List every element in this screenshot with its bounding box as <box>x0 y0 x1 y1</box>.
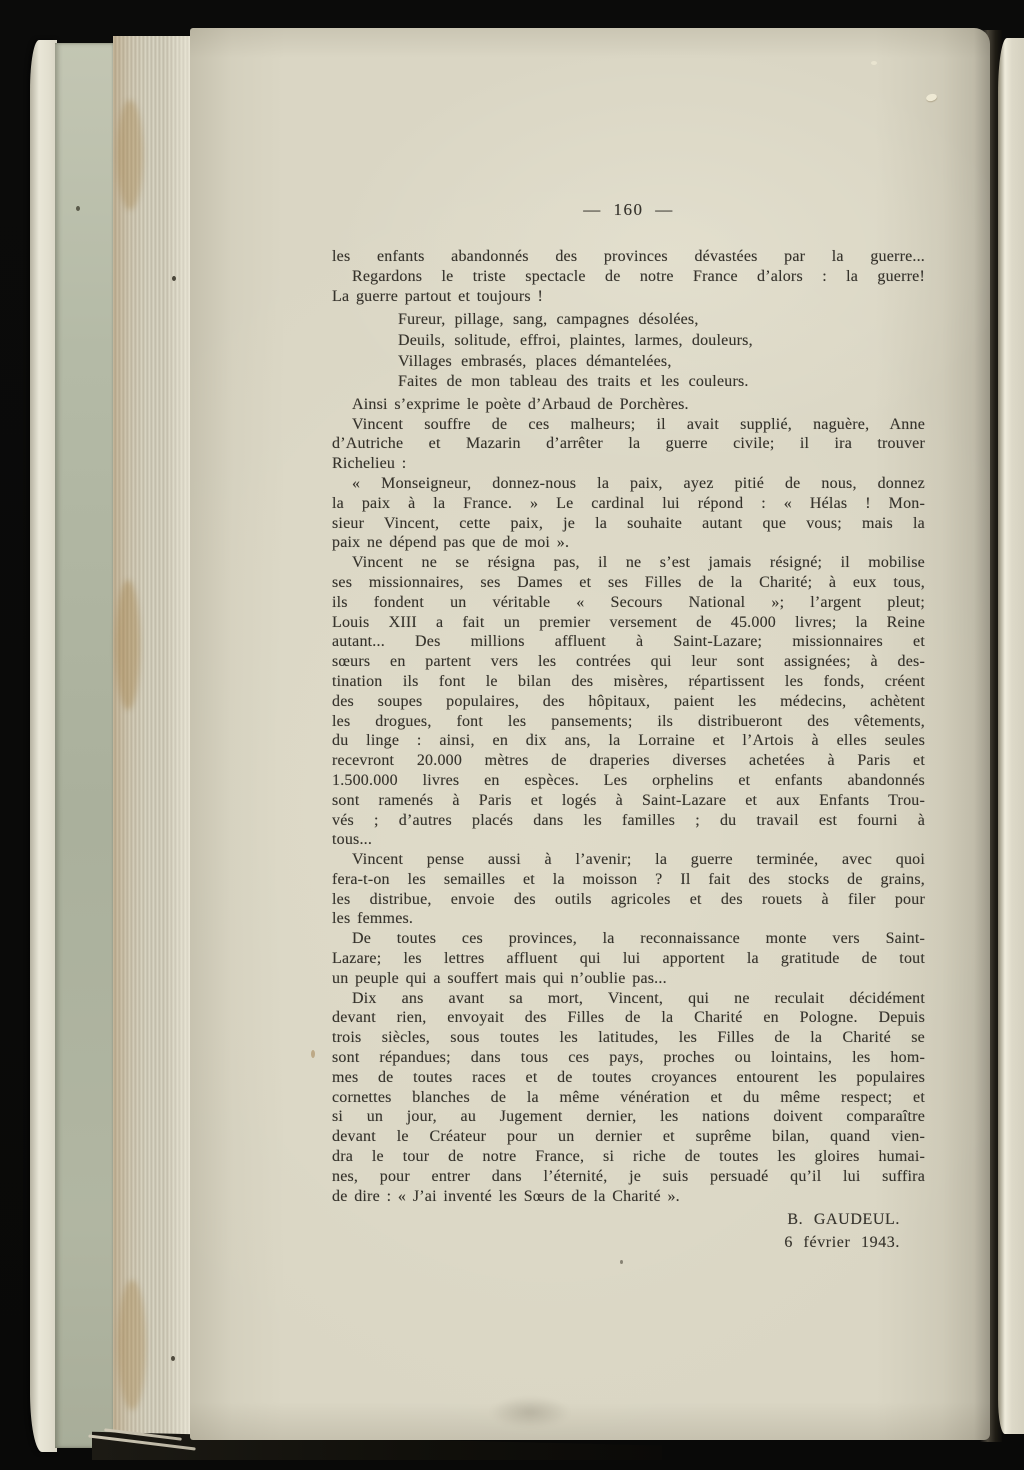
book-page: — 160 — les enfants abandonnés des provi… <box>190 28 990 1440</box>
stain-spot <box>620 1260 623 1264</box>
page-number: — 160 — <box>332 200 925 220</box>
signature-date: 6 février 1943. <box>332 1231 900 1254</box>
paper-fleck <box>925 93 937 103</box>
paragraph: Vincent ne se résigna pas, il ne s’est j… <box>332 553 925 850</box>
paragraph: Vincent souffre de ces malheurs; il avai… <box>332 415 925 474</box>
text-line: Vincent pense aussi à l’avenir; la guerr… <box>332 850 925 870</box>
paragraph: De toutes ces provinces, la reconnaissan… <box>332 929 925 988</box>
paragraph: Regardons le triste spectacle de notre F… <box>332 267 925 307</box>
text-line: Vincent souffre de ces malheurs; il avai… <box>332 415 925 435</box>
signature-name: B. GAUDEUL. <box>332 1208 900 1231</box>
text-line: Regardons le triste spectacle de notre F… <box>332 267 925 287</box>
text-line: sœurs en partent vers les contrées qui l… <box>332 652 925 672</box>
text-line: la paix à la France. » Le cardinal lui r… <box>332 494 925 514</box>
text-line: les enfants abandonnés des provinces dév… <box>332 247 925 267</box>
paragraph: « Monseigneur, donnez-nous la paix, ayez… <box>332 474 925 553</box>
stain-spot <box>311 1050 315 1058</box>
text-line: sont répandues; dans tous ces pays, proc… <box>332 1048 925 1068</box>
text-line: Deuils, solitude, effroi, plaintes, larm… <box>398 331 925 352</box>
book-cover-edge <box>30 40 57 1452</box>
text-line: devant le Créateur pour un dernier et su… <box>332 1127 925 1147</box>
text-line: sont ramenés à Paris et logés à Saint-La… <box>332 791 925 811</box>
text-line: Villages embrasés, places démantelées, <box>398 352 925 373</box>
text-line: autant... Des millions affluent à Saint-… <box>332 632 925 652</box>
text-line: Fureur, pillage, sang, campagnes désolée… <box>398 310 925 331</box>
text-line: ils fondent un véritable « Secours Natio… <box>332 593 925 613</box>
text-line: Louis XIII a fait un premier versement d… <box>332 613 925 633</box>
text-line: Faites de mon tableau des traits et les … <box>398 372 925 393</box>
text-line: 1.500.000 livres en espèces. Les orpheli… <box>332 771 925 791</box>
text-line: fera-t-on les semailles et la moisson ? … <box>332 870 925 890</box>
text-line: les distribue, envoie des outils agricol… <box>332 890 925 910</box>
text-line: cornettes blanches de la même vénération… <box>332 1088 925 1108</box>
stain-spot <box>76 206 80 211</box>
text-line: dra le tour de notre France, si riche de… <box>332 1147 925 1167</box>
paragraph: Vincent pense aussi à l’avenir; la guerr… <box>332 850 925 929</box>
verse-block: Fureur, pillage, sang, campagnes désolée… <box>332 310 925 392</box>
text-line: Ainsi s’exprime le poète d’Arbaud de Por… <box>332 395 925 415</box>
text-line: les drogues, font les pansements; ils di… <box>332 712 925 732</box>
text-line: Lazare; les lettres affluent qui lui app… <box>332 949 925 969</box>
stain-spot <box>117 100 143 210</box>
endpaper-edge <box>55 43 115 1448</box>
text-line: les femmes. <box>332 909 925 929</box>
stain-spot <box>490 1396 570 1428</box>
facing-page-sliver <box>998 38 1024 1434</box>
text-line: trois siècles, sous toutes les latitudes… <box>332 1028 925 1048</box>
stain-spot <box>116 580 140 710</box>
text-line: si un jour, au Jugement dernier, les nat… <box>332 1107 925 1127</box>
paragraph: Dix ans avant sa mort, Vincent, qui ne r… <box>332 989 925 1207</box>
paragraph: les enfants abandonnés des provinces dév… <box>332 247 925 267</box>
text-line: devant rien, envoyait des Filles de la C… <box>332 1008 925 1028</box>
page-edges-stack <box>113 36 191 1442</box>
stain-spot <box>171 1356 175 1361</box>
text-line: tous... <box>332 830 925 850</box>
text-line: mes de toutes races et de toutes croyanc… <box>332 1068 925 1088</box>
text-line: sieur Vincent, cette paix, je la souhait… <box>332 514 925 534</box>
text-line: Vincent ne se résigna pas, il ne s’est j… <box>332 553 925 573</box>
text-line: La guerre partout et toujours ! <box>332 287 925 307</box>
paper-fleck <box>871 61 877 65</box>
text-line: nes, pour entrer dans l’éternité, je sui… <box>332 1167 925 1187</box>
paragraph: Ainsi s’exprime le poète d’Arbaud de Por… <box>332 395 925 415</box>
text-line: recevront 20.000 mètres de draperies div… <box>332 751 925 771</box>
text-line: du linge : ainsi, en dix ans, la Lorrain… <box>332 731 925 751</box>
page-body: les enfants abandonnés des provinces dév… <box>332 247 925 1206</box>
stain-spot <box>118 1280 146 1410</box>
text-line: De toutes ces provinces, la reconnaissan… <box>332 929 925 949</box>
text-line: Dix ans avant sa mort, Vincent, qui ne r… <box>332 989 925 1009</box>
text-line: un peuple qui a souffert mais qui n’oubl… <box>332 969 925 989</box>
text-line: ses missionnaires, ses Dames et ses Fill… <box>332 573 925 593</box>
printed-text-block: — 160 — les enfants abandonnés des provi… <box>332 200 925 1254</box>
text-line: Richelieu : <box>332 454 925 474</box>
text-line: « Monseigneur, donnez-nous la paix, ayez… <box>332 474 925 494</box>
text-line: de dire : « J’ai inventé les Sœurs de la… <box>332 1187 925 1207</box>
text-line: tination ils font le bilan des misères, … <box>332 672 925 692</box>
text-line: vés ; d’autres placés dans les familles … <box>332 811 925 831</box>
text-line: des soupes populaires, des hôpitaux, pai… <box>332 692 925 712</box>
text-line: d’Autriche et Mazarin d’arrêter la guerr… <box>332 434 925 454</box>
stain-spot <box>172 276 176 281</box>
text-line: paix ne dépend pas que de moi ». <box>332 533 925 553</box>
signature-block: B. GAUDEUL. 6 février 1943. <box>332 1208 925 1254</box>
